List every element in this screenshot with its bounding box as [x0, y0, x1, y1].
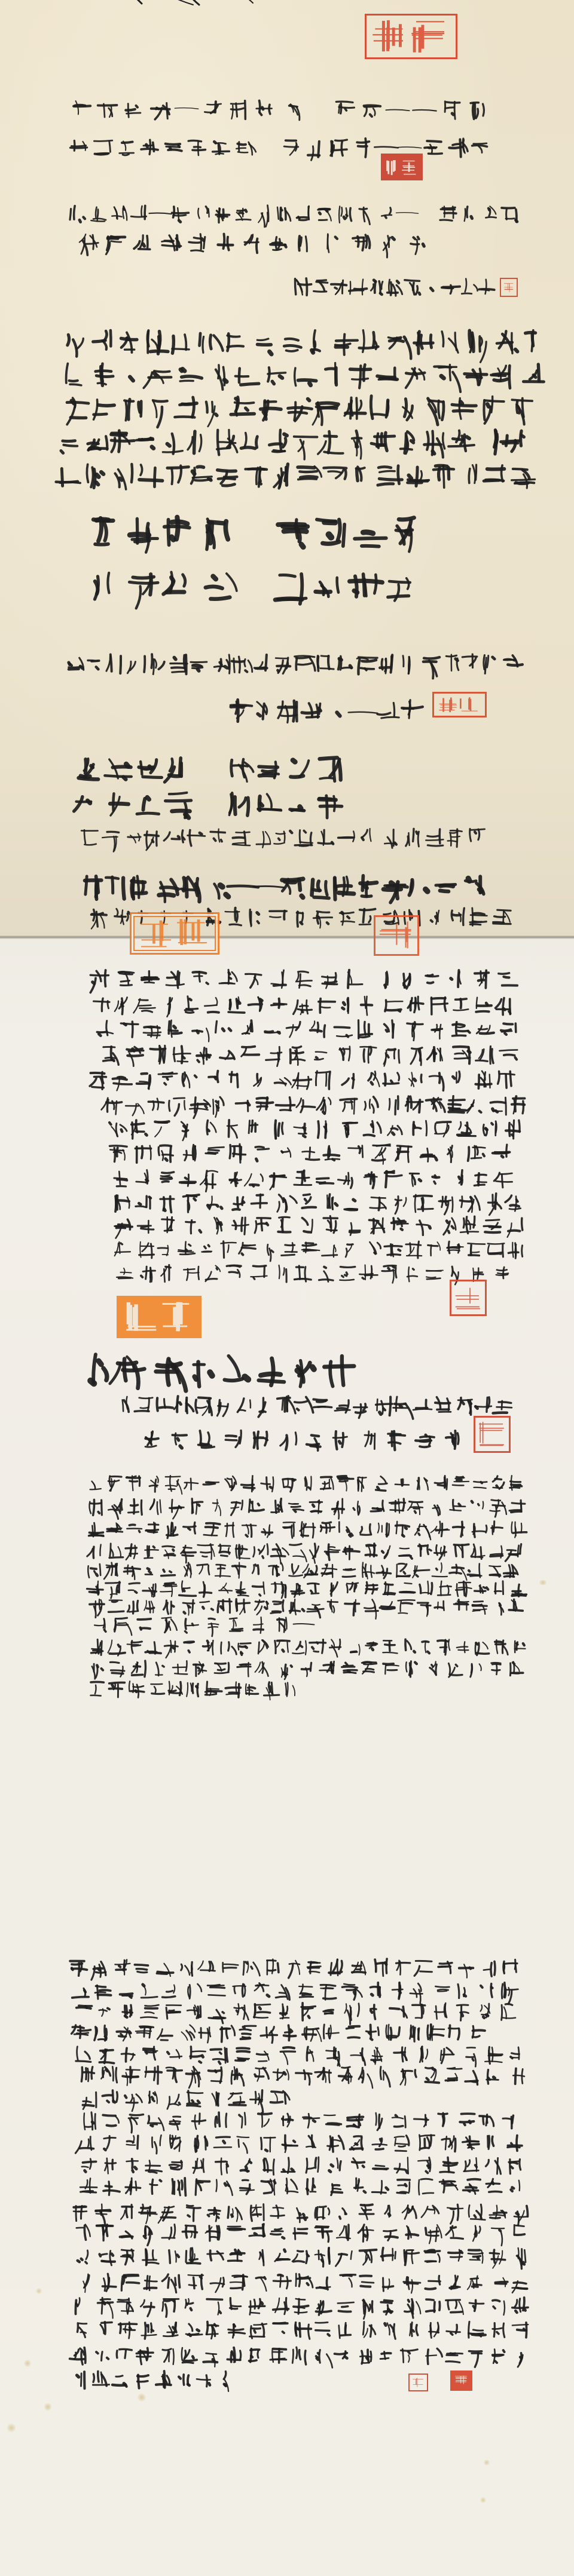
glyph	[226, 1264, 245, 1283]
glyph	[341, 1982, 361, 2001]
brush-glyph-icon	[226, 1264, 245, 1283]
brush-glyph-icon	[206, 1215, 226, 1235]
brush-glyph-icon	[89, 204, 108, 223]
glyph	[349, 2156, 368, 2175]
glyph	[111, 1169, 132, 1189]
glyph	[264, 1044, 285, 1065]
brush-glyph-icon	[328, 1958, 347, 1977]
brush-glyph-icon	[141, 1561, 158, 1579]
brush-glyph-icon	[484, 1561, 502, 1579]
brush-glyph-icon	[413, 1192, 433, 1213]
glyph	[202, 1474, 220, 1492]
brush-glyph-icon	[439, 653, 462, 675]
glyph	[335, 99, 355, 119]
brush-glyph-icon	[109, 1660, 127, 1678]
glyph	[259, 2023, 279, 2043]
glyph	[274, 1982, 293, 2001]
glyph	[163, 1520, 181, 1538]
glyph	[285, 1958, 304, 1977]
brush-glyph-icon	[161, 2247, 181, 2266]
brush-glyph-icon	[291, 428, 318, 456]
glyph	[94, 2223, 114, 2242]
glyph	[498, 1019, 518, 1039]
seal-script-icon	[503, 281, 514, 293]
brush-glyph-icon	[143, 2065, 162, 2084]
brush-glyph-icon	[207, 2065, 226, 2084]
glyph	[185, 1680, 203, 1698]
glyph	[224, 1169, 244, 1189]
glyph	[356, 2346, 375, 2365]
glyph	[488, 2247, 508, 2266]
brush-glyph-icon	[214, 2177, 233, 2196]
brush-glyph-icon	[289, 1580, 307, 1598]
glyph	[171, 204, 190, 223]
glyph	[291, 428, 318, 456]
brush-glyph-icon	[175, 361, 203, 389]
brush-glyph-icon	[158, 1192, 178, 1213]
glyph	[88, 1660, 106, 1678]
glyph	[322, 2023, 341, 2043]
glyph	[489, 2273, 508, 2292]
glyph-row	[84, 515, 426, 551]
glyph	[457, 874, 484, 900]
glyph	[466, 2296, 486, 2316]
glyph	[378, 232, 400, 254]
brush-glyph-icon	[86, 1580, 104, 1598]
glyph	[116, 1982, 135, 2001]
glyph	[388, 1498, 406, 1516]
glyph	[135, 2023, 154, 2043]
glyph	[297, 1192, 317, 1213]
glyph	[289, 361, 317, 389]
brush-glyph-icon	[332, 1395, 353, 1416]
brush-glyph-icon	[253, 1095, 273, 1115]
glyph	[195, 755, 224, 783]
brush-glyph-icon	[248, 995, 268, 1016]
brush-glyph-icon	[252, 2002, 271, 2021]
brush-glyph-icon	[259, 2177, 278, 2196]
glyph	[442, 1143, 463, 1163]
brush-glyph-icon	[141, 1429, 162, 1450]
glyph-row	[88, 1680, 300, 1698]
brush-glyph-icon	[425, 1095, 445, 1115]
brush-glyph-icon	[188, 1498, 206, 1516]
brush-glyph-icon	[290, 2346, 309, 2365]
glyph	[276, 515, 312, 551]
brush-glyph-icon	[364, 2023, 383, 2043]
brush-glyph-icon	[392, 1395, 413, 1416]
brush-glyph-icon	[335, 2203, 355, 2222]
brush-glyph-icon	[126, 653, 148, 675]
brush-glyph-icon	[132, 1143, 152, 1163]
glyph	[480, 204, 499, 223]
brush-glyph-icon	[288, 1542, 306, 1560]
glyph	[204, 1264, 223, 1283]
glyph	[324, 1598, 342, 1616]
glyph	[369, 428, 396, 456]
brush-glyph-icon	[179, 1598, 197, 1616]
brush-glyph-icon	[274, 1095, 295, 1115]
brush-glyph-icon	[112, 1958, 131, 1977]
brush-glyph-icon	[292, 1119, 313, 1139]
glyph	[297, 1982, 316, 2001]
brush-glyph-icon	[138, 2223, 157, 2242]
glyph	[367, 1215, 387, 1235]
glyph	[142, 1598, 160, 1616]
glyph	[161, 1542, 179, 1560]
brush-glyph-icon	[190, 1019, 210, 1039]
glyph	[357, 2296, 376, 2316]
glyph	[398, 653, 420, 675]
essay-3-line: 其之傳書之法行之起學以之國之國宴其之得清德	[75, 2273, 531, 2292]
brush-glyph-icon	[466, 1240, 486, 1259]
essay-3-line: 手之力則三之人也厘之見於作者於王四大上之	[69, 1982, 520, 2001]
brush-glyph-icon	[187, 232, 209, 254]
glyph	[166, 1019, 187, 1039]
brush-glyph-icon	[80, 2111, 99, 2130]
glyph	[289, 1580, 307, 1598]
brush-glyph-icon	[176, 1958, 196, 1977]
essay-1-line: 國之價公古社相先起法可新以北國相之精	[105, 1119, 524, 1139]
brush-glyph-icon	[160, 2223, 179, 2242]
brush-glyph-icon	[63, 653, 86, 675]
glyph	[371, 2156, 390, 2175]
brush-glyph-icon	[135, 2346, 154, 2365]
glyph	[90, 361, 117, 389]
brush-glyph-icon	[352, 1395, 373, 1416]
seal-script-icon	[378, 919, 415, 952]
glyph	[86, 1580, 104, 1598]
brush-glyph-icon	[371, 2156, 390, 2175]
glyph-row	[72, 755, 347, 783]
glyph	[176, 1240, 196, 1259]
glyph	[500, 204, 520, 223]
brush-glyph-icon	[361, 99, 381, 119]
glyph	[204, 361, 231, 389]
glyph	[145, 2134, 164, 2153]
note-3-line: 中國、藝術文物所與保存之職後來從公	[60, 361, 546, 389]
brush-glyph-icon	[506, 1192, 526, 1213]
brush-glyph-icon	[113, 1215, 133, 1235]
brush-glyph-icon	[158, 1561, 176, 1579]
brush-glyph-icon	[462, 2134, 481, 2153]
glyph	[428, 1498, 446, 1516]
glyph	[315, 790, 343, 819]
brush-glyph-icon	[251, 1352, 287, 1388]
brush-glyph-icon	[252, 1143, 272, 1163]
glyph	[199, 1638, 217, 1656]
brush-glyph-icon	[499, 2002, 518, 2021]
brush-glyph-icon	[490, 1474, 508, 1492]
brush-glyph-icon	[285, 1352, 322, 1388]
glyph	[462, 2177, 481, 2196]
brush-glyph-icon	[138, 2203, 157, 2222]
brush-glyph-icon	[380, 2320, 399, 2339]
brush-glyph-icon	[135, 1192, 155, 1213]
brush-glyph-icon	[488, 2247, 508, 2266]
brush-glyph-icon	[202, 1520, 220, 1538]
brush-glyph-icon	[113, 1616, 131, 1634]
glyph	[164, 2065, 183, 2084]
brush-glyph-icon	[145, 394, 173, 422]
glyph	[175, 361, 203, 389]
glyph	[343, 2023, 362, 2043]
brush-glyph-icon	[469, 907, 489, 927]
brush-glyph-icon	[381, 1638, 399, 1656]
brush-glyph-icon	[337, 1069, 358, 1090]
glyph	[306, 1598, 324, 1616]
glyph	[161, 2320, 181, 2339]
glyph	[150, 99, 170, 119]
brush-glyph-icon	[335, 653, 358, 675]
brush-glyph-icon	[117, 137, 137, 158]
brush-glyph-icon	[94, 2296, 114, 2316]
brush-glyph-icon	[115, 329, 143, 356]
glyph	[196, 329, 224, 356]
glyph	[339, 1119, 359, 1139]
brush-glyph-icon	[204, 2296, 223, 2316]
glyph	[188, 1498, 206, 1516]
glyph	[176, 99, 197, 119]
glyph	[274, 1095, 295, 1115]
brush-glyph-icon	[62, 394, 90, 422]
brush-glyph-icon	[392, 1958, 411, 1977]
glyph	[195, 1561, 213, 1579]
glyph	[277, 329, 304, 356]
glyph	[409, 1982, 428, 2001]
glyph	[494, 995, 515, 1016]
glyph	[279, 2111, 298, 2130]
glyph	[118, 361, 145, 389]
glyph	[167, 2156, 187, 2175]
glyph	[83, 428, 110, 456]
brush-glyph-icon	[450, 1169, 470, 1189]
brush-glyph-icon	[248, 1264, 267, 1283]
glyph	[69, 137, 90, 158]
brush-glyph-icon	[113, 995, 133, 1016]
glyph	[140, 2247, 159, 2266]
brush-glyph-icon	[477, 277, 496, 296]
glyph	[215, 462, 243, 490]
glyph	[185, 2273, 204, 2292]
brush-glyph-icon	[237, 1019, 258, 1039]
glyph	[459, 1192, 480, 1213]
brush-glyph-icon	[310, 570, 345, 605]
brush-glyph-icon	[88, 968, 109, 989]
brush-glyph-icon	[317, 1474, 335, 1492]
brush-glyph-icon	[326, 2177, 346, 2196]
brush-glyph-icon	[215, 462, 243, 490]
brush-glyph-icon	[93, 137, 113, 158]
glyph	[467, 99, 487, 119]
brush-glyph-icon	[87, 1498, 105, 1516]
brush-glyph-icon	[336, 1474, 354, 1492]
glyph	[218, 2023, 237, 2043]
brush-glyph-icon	[423, 2320, 442, 2339]
brush-glyph-icon	[242, 232, 264, 254]
brush-glyph-icon	[160, 1264, 179, 1283]
glyph	[114, 2023, 133, 2043]
brush-glyph-icon	[176, 2023, 195, 2043]
glyph	[348, 570, 383, 605]
brush-glyph-icon	[234, 137, 255, 158]
essay-2-line: 此卷新以之美之出之此書歌生律詩得國日本之生國之表	[90, 1638, 527, 1656]
glyph	[405, 2023, 424, 2043]
brush-glyph-icon	[508, 1498, 526, 1516]
brush-glyph-icon	[357, 2296, 376, 2316]
glyph	[221, 1520, 239, 1538]
brush-glyph-icon	[323, 2111, 342, 2130]
essay-1-line: 故國術已精古出經力萬之藝術是為全精	[106, 1143, 512, 1163]
glyph	[389, 515, 425, 551]
brush-glyph-icon	[318, 361, 346, 389]
brush-glyph-icon	[78, 2065, 97, 2084]
glyph	[232, 361, 259, 389]
brush-glyph-icon	[227, 2089, 246, 2108]
brush-glyph-icon	[419, 1143, 439, 1163]
brush-glyph-icon	[164, 755, 193, 783]
glyph	[382, 1660, 400, 1678]
brush-glyph-icon	[298, 1660, 316, 1678]
brush-glyph-icon	[199, 1119, 219, 1139]
brush-glyph-icon	[208, 827, 230, 849]
brush-glyph-icon	[249, 2247, 268, 2266]
essay-3-line: 趙之王書手書之法不之後來卷中書書法精於北	[71, 2046, 527, 2065]
brush-glyph-icon	[269, 1119, 289, 1139]
brush-glyph-icon	[460, 653, 483, 675]
glyph	[492, 329, 520, 356]
glyph	[185, 2089, 204, 2108]
essay-2-dateline: 民國六十七年三月書於七十之歲四日三十八日	[114, 1395, 512, 1416]
glyph-row	[55, 462, 536, 490]
glyph	[107, 1498, 125, 1516]
glyph	[246, 1169, 267, 1189]
glyph	[280, 2134, 300, 2153]
glyph	[511, 2296, 530, 2316]
glyph	[312, 2346, 331, 2365]
glyph	[401, 2247, 420, 2266]
glyph	[135, 1069, 155, 1090]
glyph	[182, 2296, 201, 2316]
glyph	[365, 2002, 384, 2021]
brush-glyph-icon	[188, 462, 216, 490]
brush-glyph-icon	[132, 232, 154, 254]
glyph-row	[93, 1019, 520, 1039]
glyph	[252, 1598, 270, 1616]
brush-glyph-icon	[178, 1580, 196, 1598]
glyph	[403, 1095, 423, 1115]
glyph	[117, 137, 137, 158]
brush-glyph-icon	[229, 99, 249, 119]
brush-glyph-icon	[197, 1240, 216, 1259]
brush-glyph-icon	[441, 277, 460, 296]
glyph	[404, 1240, 423, 1259]
glyph	[382, 1069, 402, 1090]
glyph	[122, 2089, 141, 2108]
glyph	[426, 2023, 445, 2043]
glyph	[88, 968, 109, 989]
brush-glyph-icon	[314, 2320, 333, 2339]
glyph	[375, 462, 403, 490]
brush-glyph-icon	[135, 428, 162, 456]
brush-glyph-icon	[343, 428, 371, 456]
brush-glyph-icon	[90, 394, 118, 422]
brush-glyph-icon	[227, 2320, 246, 2339]
brush-glyph-icon	[352, 232, 373, 254]
glyph	[195, 1429, 216, 1450]
glyph	[422, 277, 441, 296]
brush-glyph-icon	[301, 2046, 320, 2065]
glyph	[405, 1044, 425, 1065]
glyph	[327, 1638, 345, 1656]
glyph	[315, 653, 337, 675]
glyph	[313, 2223, 332, 2242]
glyph	[227, 1192, 248, 1213]
brush-glyph-icon	[268, 1498, 286, 1516]
glyph	[213, 2111, 232, 2130]
brush-glyph-icon	[255, 2046, 274, 2065]
glyph	[91, 2346, 110, 2365]
brush-glyph-icon	[401, 2320, 420, 2339]
glyph	[271, 2320, 290, 2339]
brush-glyph-icon	[405, 995, 425, 1016]
glyph	[293, 2065, 312, 2084]
glyph-row	[68, 2346, 531, 2365]
glyph	[326, 2156, 345, 2175]
brush-glyph-icon	[367, 1215, 387, 1235]
glyph	[268, 2346, 287, 2365]
brush-glyph-icon	[336, 204, 355, 223]
brush-glyph-icon	[101, 2089, 120, 2108]
brush-glyph-icon	[445, 2273, 465, 2292]
glyph	[156, 1169, 176, 1189]
glyph	[359, 1264, 378, 1283]
brush-glyph-icon	[408, 1498, 426, 1516]
brush-glyph-icon	[187, 137, 207, 158]
brush-glyph-icon	[161, 462, 189, 490]
glyph	[383, 995, 403, 1016]
glyph	[284, 790, 313, 819]
glyph	[101, 2089, 120, 2108]
brush-glyph-icon	[54, 462, 82, 490]
glyph	[481, 653, 503, 675]
glyph	[182, 1215, 203, 1235]
glyph	[356, 1019, 376, 1039]
brush-glyph-icon	[258, 2156, 277, 2175]
brush-glyph-icon	[204, 2203, 223, 2222]
glyph	[153, 1395, 174, 1416]
essay-1-line: 其上出國外方之藏大之經之為西湖風所記	[112, 1215, 527, 1235]
brush-glyph-icon	[91, 995, 111, 1016]
glyph	[472, 968, 492, 989]
brush-glyph-icon	[312, 2346, 331, 2365]
brush-glyph-icon	[306, 874, 332, 900]
brush-glyph-icon	[370, 2046, 389, 2065]
glyph	[335, 2296, 355, 2316]
glyph	[250, 2065, 269, 2084]
glyph	[204, 1616, 222, 1634]
glyph-row	[75, 2134, 527, 2153]
brush-glyph-icon	[74, 2320, 93, 2339]
brush-glyph-icon	[369, 428, 396, 456]
glyph	[142, 2273, 161, 2292]
brush-glyph-icon	[276, 1143, 296, 1163]
brush-glyph-icon	[112, 1069, 132, 1090]
glyph	[357, 2223, 376, 2242]
note-2-signature: 何堂之識於港年、十有七	[293, 276, 496, 298]
seal-stamp-icon	[365, 14, 457, 59]
glyph	[446, 968, 466, 989]
